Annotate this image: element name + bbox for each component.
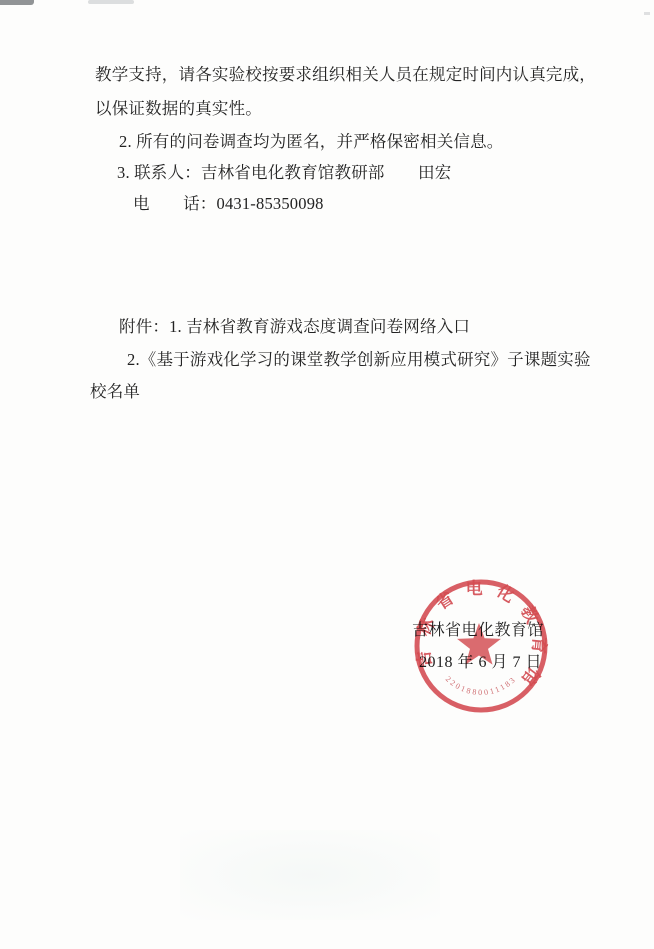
seal-star-icon — [457, 623, 501, 665]
official-seal: 吉林省电化教育馆 2201880011183 — [410, 575, 552, 717]
contact-phone-line: 电 话：0431-85350098 — [133, 193, 324, 215]
document-page: 教学支持，请各实验校按要求组织相关人员在规定时间内认真完成， 以保证数据的真实性… — [0, 0, 654, 949]
scan-artifact — [0, 0, 34, 5]
attachment-line-1: 附件：1. 吉林省教育游戏态度调查问卷网络入口 — [119, 316, 470, 338]
body-paragraph-line: 教学支持，请各实验校按要求组织相关人员在规定时间内认真完成， — [95, 64, 596, 86]
attachment-line-3: 校名单 — [90, 381, 140, 403]
body-item-3-contact: 3. 联系人：吉林省电化教育馆教研部 田宏 — [117, 162, 451, 184]
attachment-line-2: 2.《基于游戏化学习的课堂教学创新应用模式研究》子课题实验 — [127, 349, 591, 371]
body-paragraph-line: 以保证数据的真实性。 — [95, 98, 262, 120]
seal-code-container: 2201880011183 — [444, 674, 519, 697]
seal-code-text: 2201880011183 — [444, 674, 519, 697]
scan-artifact — [88, 0, 134, 4]
body-item-2: 2. 所有的问卷调查均为匿名，并严格保密相关信息。 — [119, 131, 504, 153]
scan-smudge — [180, 830, 440, 920]
official-seal-graphic: 吉林省电化教育馆 2201880011183 — [410, 575, 552, 717]
scan-artifact — [644, 12, 650, 15]
